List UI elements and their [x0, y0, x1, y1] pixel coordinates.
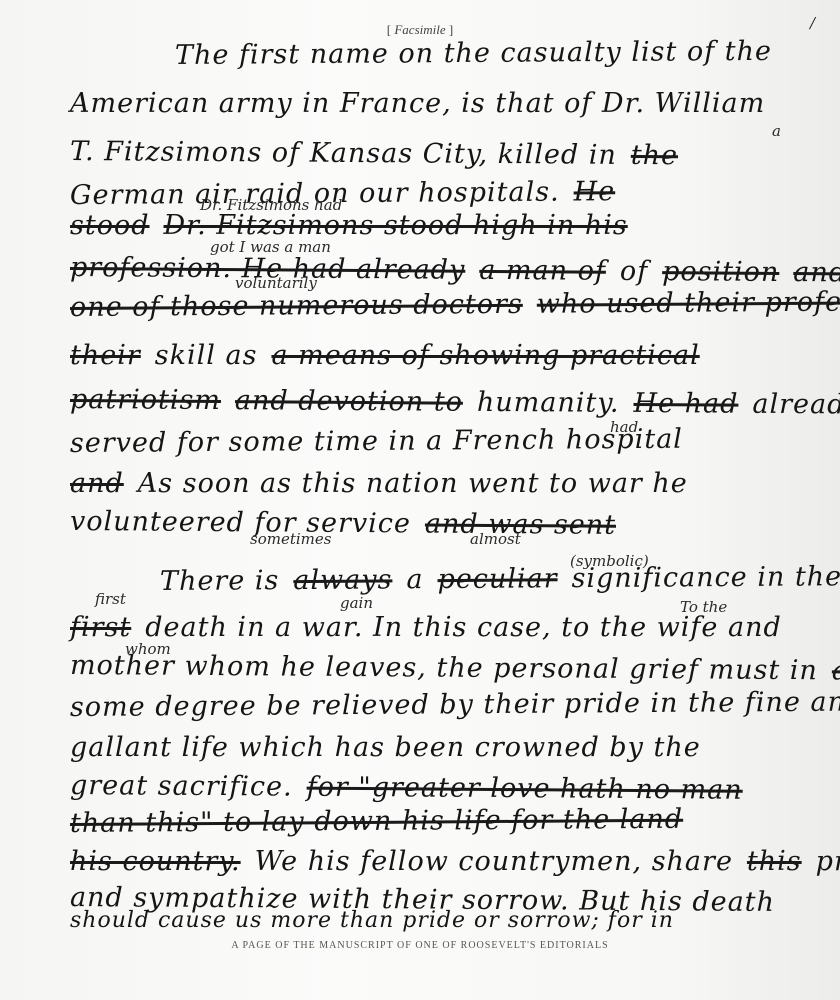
struck-text: for "greater love hath no man [307, 772, 743, 806]
interlinear-insertion: got I was a man [210, 238, 331, 256]
handwritten-text: skill as [155, 340, 258, 371]
handwritten-text: There is [160, 565, 280, 597]
manuscript-line: should cause us more than pride or sorro… [70, 908, 674, 933]
struck-text: He had [633, 388, 738, 420]
manuscript-page: [ Facsimile ] The first name on the casu… [0, 0, 840, 1000]
struck-text: one of those numerous doctors [70, 289, 523, 323]
struck-text: patriotism [70, 384, 221, 416]
manuscript-line: profession. He had alreadya man ofofposi… [70, 252, 840, 289]
handwritten-text: a [406, 564, 423, 595]
handwritten-text: pride [816, 846, 840, 877]
interlinear-insertion: had [610, 418, 638, 436]
struck-text: position [662, 256, 779, 288]
struck-text: and [70, 468, 124, 499]
struck-text: the [631, 140, 678, 171]
manuscript-line: T. Fitzsimons of Kansas City, killed int… [70, 136, 692, 171]
manuscript-line: some degree be relieved by their pride i… [70, 686, 840, 723]
handwritten-text: American army in France, is that of Dr. … [70, 88, 765, 119]
manuscript-line: one of those numerous doctorswho used th… [70, 284, 840, 323]
handwritten-text: death in a war. In this case, to the wif… [145, 612, 782, 643]
manuscript-line: American army in France, is that of Dr. … [70, 88, 779, 119]
interlinear-insertion: voluntarily [235, 274, 317, 292]
manuscript-line: volunteered for serviceand was sent [70, 506, 630, 541]
struck-text: Dr. Fitzsimons stood high in his [164, 210, 628, 241]
interlinear-insertion: (symbolic) [570, 552, 649, 570]
manuscript-line: served for some time in a French hospita… [70, 424, 697, 459]
struck-text: peculiar [437, 563, 557, 595]
struck-text: always [293, 564, 392, 596]
interlinear-insertion: sometimes [250, 530, 331, 548]
struck-text: their [70, 340, 141, 371]
handwritten-text: We his fellow countrymen, share [255, 846, 733, 877]
manuscript-line: great sacrifice.for "greater love hath n… [70, 770, 757, 806]
manuscript-line: There isalwaysapeculiarsignificance in t… [160, 561, 840, 597]
manuscript-line: patriotismand devotion tohumanity.He had… [70, 384, 840, 421]
handwritten-text: volunteered for service [70, 506, 411, 539]
interlinear-insertion: whom [125, 640, 171, 658]
interlinear-insertion: almost [470, 530, 521, 548]
handwritten-manuscript: The first name on the casualty list of t… [0, 0, 840, 940]
manuscript-line: mother whom he leaves, the personal grie… [70, 650, 840, 687]
handwritten-text: served for some time in a French hospita… [70, 424, 683, 459]
struck-text: and devotion to [235, 385, 463, 418]
manuscript-line: theirskill asa means of showing practica… [70, 340, 714, 371]
handwritten-text: T. Fitzsimons of Kansas City, killed in [70, 136, 617, 171]
interlinear-insertion: a [772, 122, 781, 140]
struck-text: He [574, 176, 616, 207]
struck-text: at least [832, 655, 840, 687]
handwritten-text: great sacrifice. [70, 770, 293, 803]
manuscript-line: firstdeath in a war. In this case, to th… [70, 612, 796, 643]
struck-text: stood [70, 210, 150, 241]
handwritten-text: humanity. [477, 387, 620, 419]
figure-caption: A page of the manuscript of one of Roose… [0, 940, 840, 951]
handwritten-text: some degree be relieved by their pride i… [70, 686, 840, 723]
manuscript-line: than this" to lay down his life for the … [70, 804, 697, 839]
manuscript-line: German air raid on our hospitals.He [70, 176, 629, 211]
handwritten-text: already [752, 389, 840, 421]
manuscript-line: gallant life which has been crowned by t… [70, 732, 715, 763]
interlinear-insertion: To the [680, 598, 727, 616]
interlinear-insertion: / [810, 14, 815, 32]
handwritten-text: As soon as this nation went to war he [138, 468, 688, 499]
struck-text: who used their professional [537, 286, 840, 320]
struck-text: a means of showing practical [271, 340, 699, 371]
handwritten-text: of [620, 256, 648, 287]
struck-text: and he was [793, 257, 840, 289]
handwritten-text: mother whom he leaves, the personal grie… [70, 650, 818, 686]
interlinear-insertion: Dr. Fitzsimons had [200, 196, 342, 214]
handwritten-text: gallant life which has been crowned by t… [70, 732, 701, 763]
struck-text: this [747, 846, 802, 877]
struck-text: a man of [479, 255, 606, 287]
struck-text: first [70, 612, 131, 643]
manuscript-line: andAs soon as this nation went to war he [70, 468, 702, 499]
manuscript-line: his country.We his fellow countrymen, sh… [70, 846, 840, 877]
manuscript-line: stoodDr. Fitzsimons stood high in his [70, 210, 642, 241]
manuscript-line: The first name on the casualty list of t… [175, 36, 786, 71]
handwritten-text: The first name on the casualty list of t… [175, 36, 772, 71]
interlinear-insertion: gain [340, 594, 373, 612]
interlinear-insertion: first [95, 590, 126, 608]
struck-text: than this" to lay down his life for the … [70, 804, 683, 839]
struck-text: his country. [70, 846, 241, 877]
